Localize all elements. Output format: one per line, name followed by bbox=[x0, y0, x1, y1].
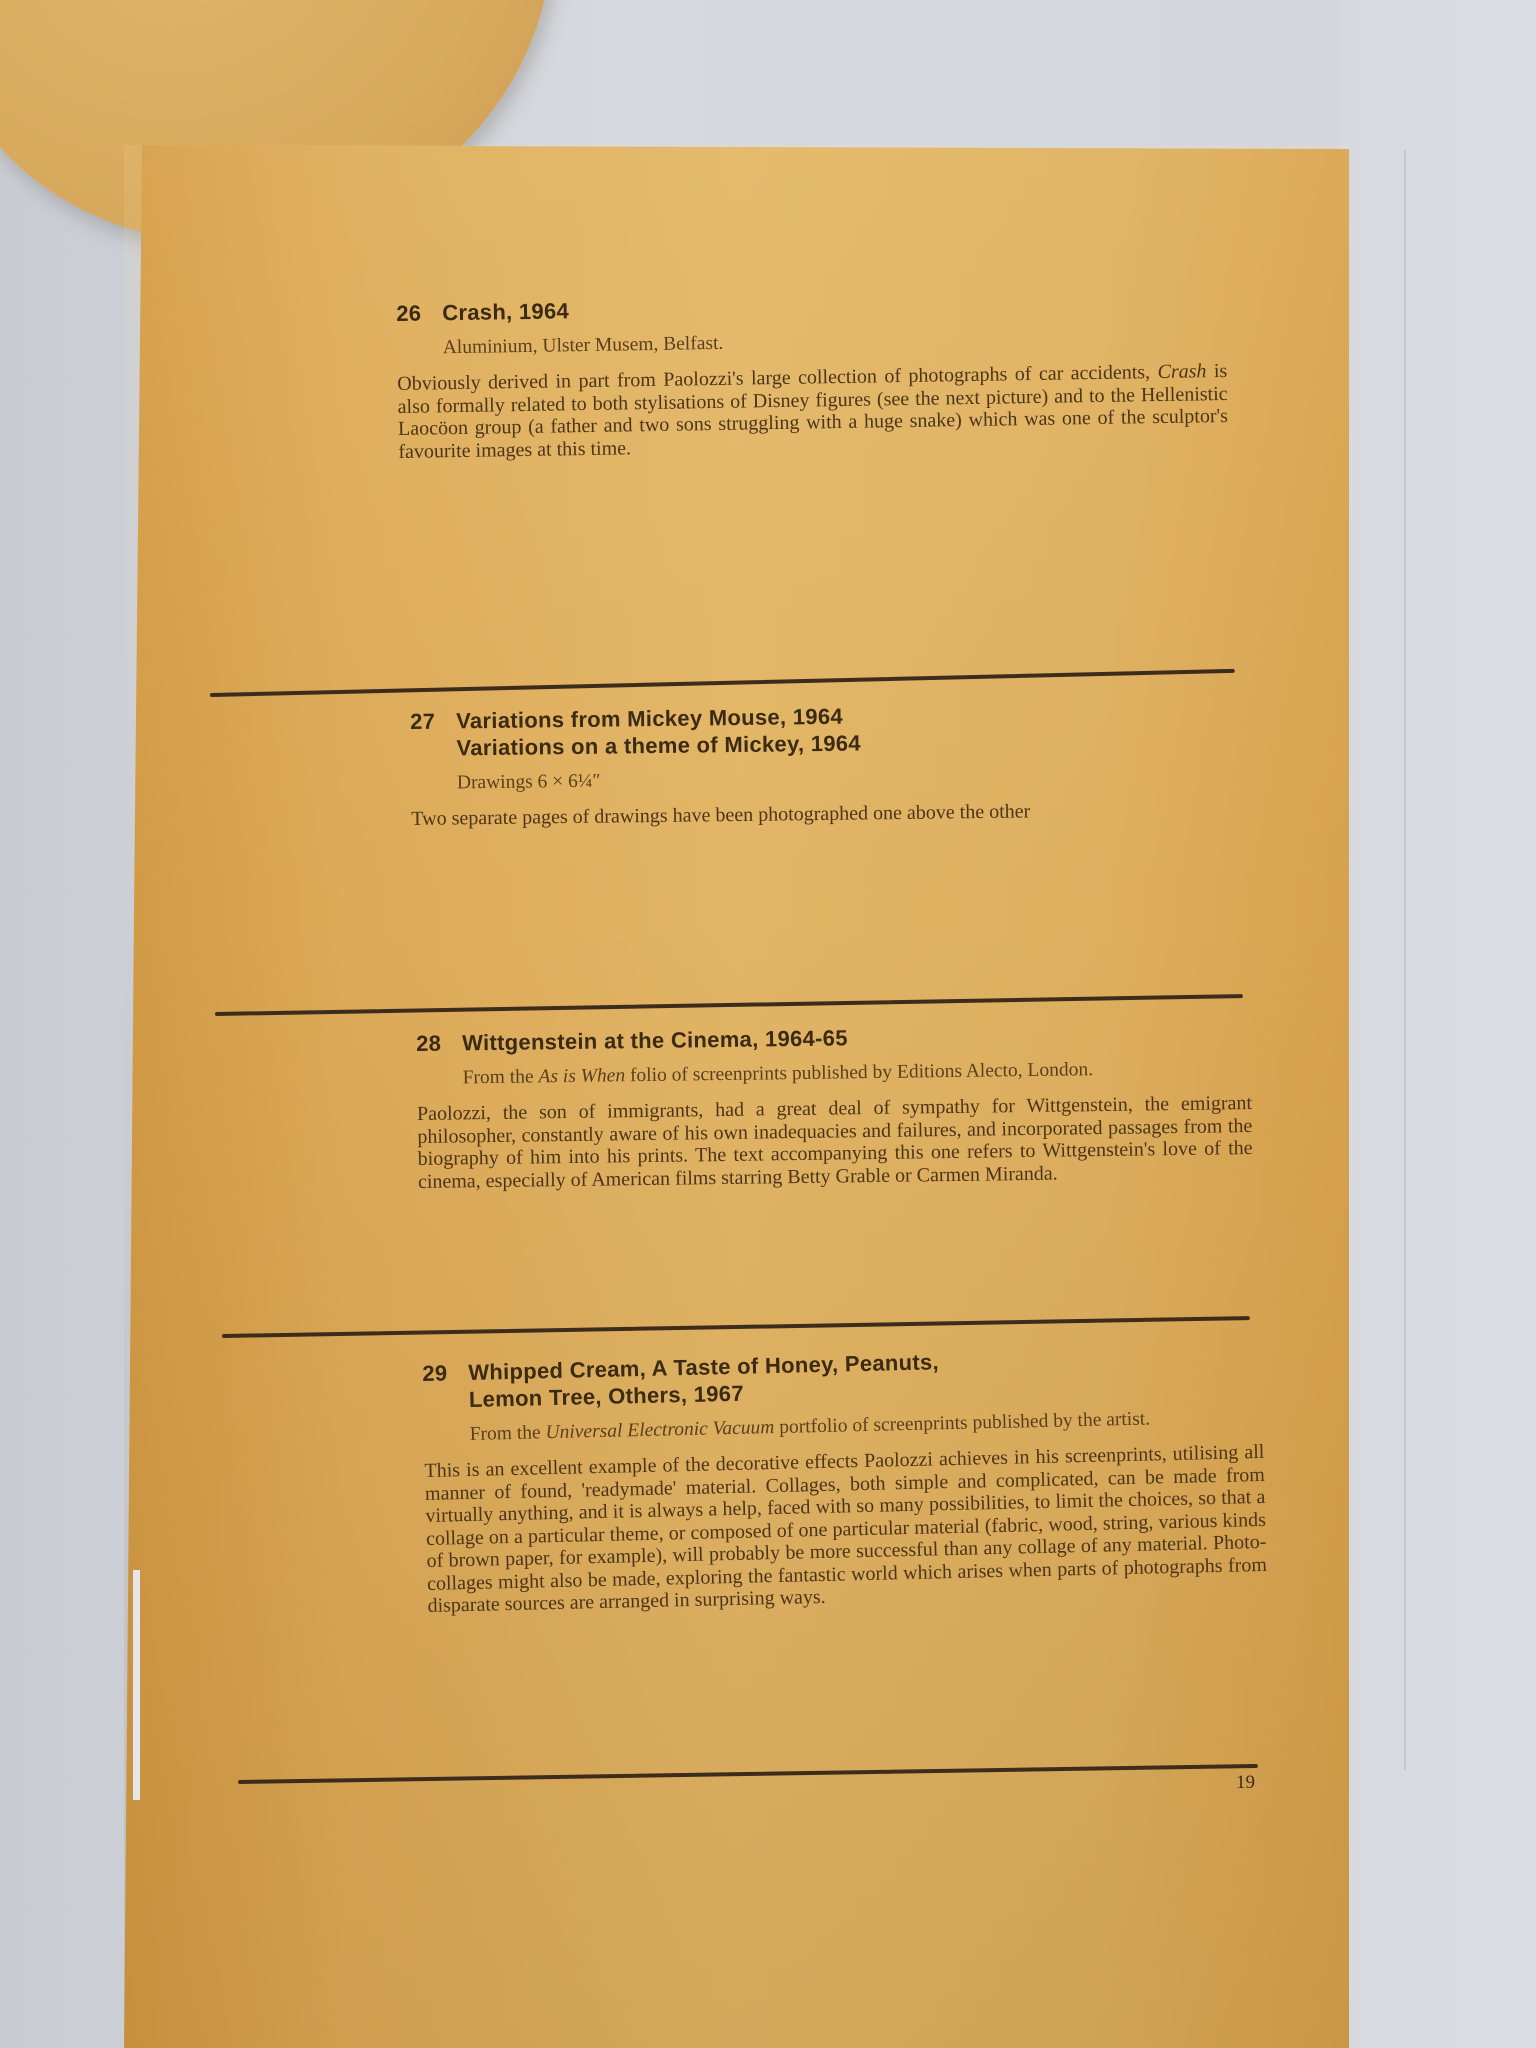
section-divider bbox=[222, 1316, 1250, 1338]
catalogue-entry-29: 29Whipped Cream, A Taste of Honey, Peanu… bbox=[422, 1341, 1268, 1617]
section-divider bbox=[215, 994, 1243, 1016]
catalogue-entry-26: 26Crash, 1964 Aluminium, Ulster Musem, B… bbox=[396, 287, 1228, 463]
entry-number: 27 bbox=[410, 707, 456, 735]
page-content: 26Crash, 1964 Aluminium, Ulster Musem, B… bbox=[0, 0, 1536, 2048]
entry-title: 29Whipped Cream, A Taste of Honey, Peanu… bbox=[422, 1341, 1263, 1414]
entry-number: 28 bbox=[416, 1029, 462, 1057]
entry-number: 26 bbox=[396, 299, 442, 327]
entry-title-line: Variations from Mickey Mouse, 1964 bbox=[456, 704, 843, 734]
entry-source: From the As is When folio of screenprint… bbox=[416, 1056, 1251, 1091]
entry-number: 29 bbox=[422, 1359, 469, 1387]
entry-title: 28Wittgenstein at the Cinema, 1964-65 bbox=[416, 1019, 1251, 1057]
entry-medium: Drawings 6 × 6¼″ bbox=[411, 762, 1251, 796]
artwork-title-italic: Crash bbox=[1157, 360, 1206, 383]
entry-description: Paolozzi, the son of immigrants, had a g… bbox=[417, 1092, 1253, 1193]
entry-title: 27Variations from Mickey Mouse, 1964 Var… bbox=[410, 698, 1251, 762]
entry-source: From the Universal Electronic Vacuum por… bbox=[423, 1405, 1263, 1448]
entry-medium: Aluminium, Ulster Musem, Belfast. bbox=[397, 324, 1227, 361]
entry-title: 26Crash, 1964 bbox=[396, 287, 1226, 327]
catalogue-entry-28: 28Wittgenstein at the Cinema, 1964-65 Fr… bbox=[416, 1019, 1253, 1193]
page-number: 19 bbox=[1236, 1772, 1255, 1794]
section-divider bbox=[238, 1764, 1258, 1784]
section-divider bbox=[210, 669, 1235, 697]
portfolio-title-italic: Universal Electronic Vacuum bbox=[545, 1417, 774, 1443]
entry-description: Obviously derived in part from Paolozzi'… bbox=[397, 360, 1228, 463]
entry-description: Two separate pages of drawings have been… bbox=[411, 798, 1251, 831]
entry-title-line: Crash, 1964 bbox=[442, 298, 569, 325]
folio-title-italic: As is When bbox=[538, 1065, 625, 1087]
entry-title-line: Wittgenstein at the Cinema, 1964-65 bbox=[462, 1025, 848, 1055]
entry-description: This is an excellent example of the deco… bbox=[424, 1441, 1267, 1618]
catalogue-entry-27: 27Variations from Mickey Mouse, 1964 Var… bbox=[410, 698, 1251, 831]
